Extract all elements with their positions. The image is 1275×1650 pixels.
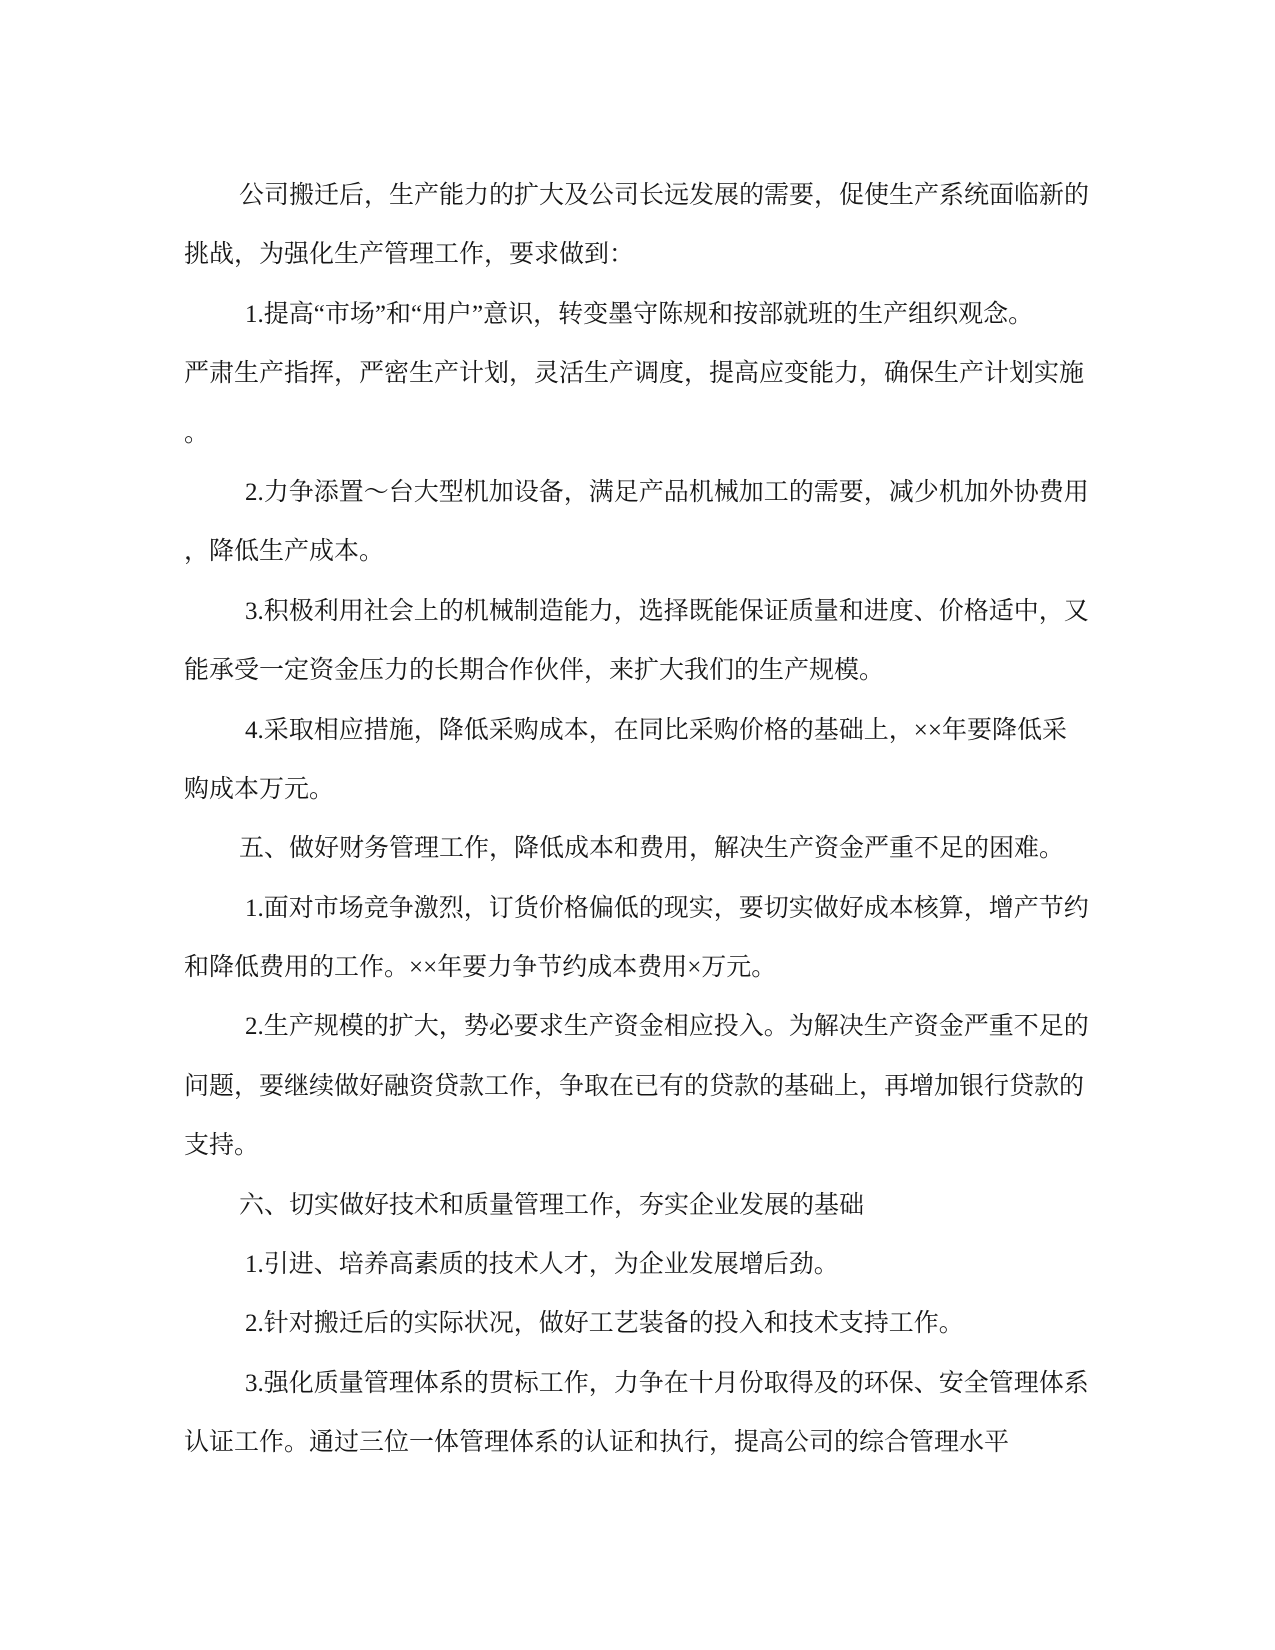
text-line: 1.引进、培养高素质的技术人才，为企业发展增后劲。 bbox=[184, 1235, 1105, 1294]
text-line: 挑战，为强化生产管理工作，要求做到： bbox=[184, 225, 1105, 284]
text-line: 公司搬迁后，生产能力的扩大及公司长远发展的需要，促使生产系统面临新的 bbox=[184, 166, 1105, 225]
text-line: 2.针对搬迁后的实际状况，做好工艺装备的投入和技术支持工作。 bbox=[184, 1294, 1105, 1353]
text-line: 2.力争添置～台大型机加设备，满足产品机械加工的需要，减少机加外协费用 bbox=[184, 463, 1105, 522]
document-page: 公司搬迁后，生产能力的扩大及公司长远发展的需要，促使生产系统面临新的 挑战，为强… bbox=[0, 0, 1275, 1650]
text-line: 。 bbox=[184, 404, 1105, 463]
text-line: 1.面对市场竞争激烈，订货价格偏低的现实，要切实做好成本核算，增产节约 bbox=[184, 879, 1105, 938]
text-line: 严肃生产指挥，严密生产计划，灵活生产调度，提高应变能力，确保生产计划实施 bbox=[184, 344, 1105, 403]
text-line: 2.生产规模的扩大，势必要求生产资金相应投入。为解决生产资金严重不足的 bbox=[184, 997, 1105, 1056]
text-line: ，降低生产成本。 bbox=[184, 522, 1105, 581]
text-line: 五、做好财务管理工作，降低成本和费用，解决生产资金严重不足的困难。 bbox=[184, 819, 1105, 878]
text-line: 认证工作。通过三位一体管理体系的认证和执行，提高公司的综合管理水平 bbox=[184, 1413, 1105, 1472]
text-line: 3.积极利用社会上的机械制造能力，选择既能保证质量和进度、价格适中，又 bbox=[184, 582, 1105, 641]
text-line: 支持。 bbox=[184, 1116, 1105, 1175]
text-line: 3.强化质量管理体系的贯标工作，力争在十月份取得及的环保、安全管理体系 bbox=[184, 1354, 1105, 1413]
text-line: 4.采取相应措施，降低采购成本，在同比采购价格的基础上，××年要降低采 bbox=[184, 701, 1105, 760]
text-line: 购成本万元。 bbox=[184, 760, 1105, 819]
text-line: 能承受一定资金压力的长期合作伙伴，来扩大我们的生产规模。 bbox=[184, 641, 1105, 700]
text-line: 1.提高“市场”和“用户”意识，转变墨守陈规和按部就班的生产组织观念。 bbox=[184, 285, 1105, 344]
text-line: 和降低费用的工作。××年要力争节约成本费用×万元。 bbox=[184, 938, 1105, 997]
text-line: 问题，要继续做好融资贷款工作，争取在已有的贷款的基础上，再增加银行贷款的 bbox=[184, 1057, 1105, 1116]
text-line: 六、切实做好技术和质量管理工作，夯实企业发展的基础 bbox=[184, 1176, 1105, 1235]
